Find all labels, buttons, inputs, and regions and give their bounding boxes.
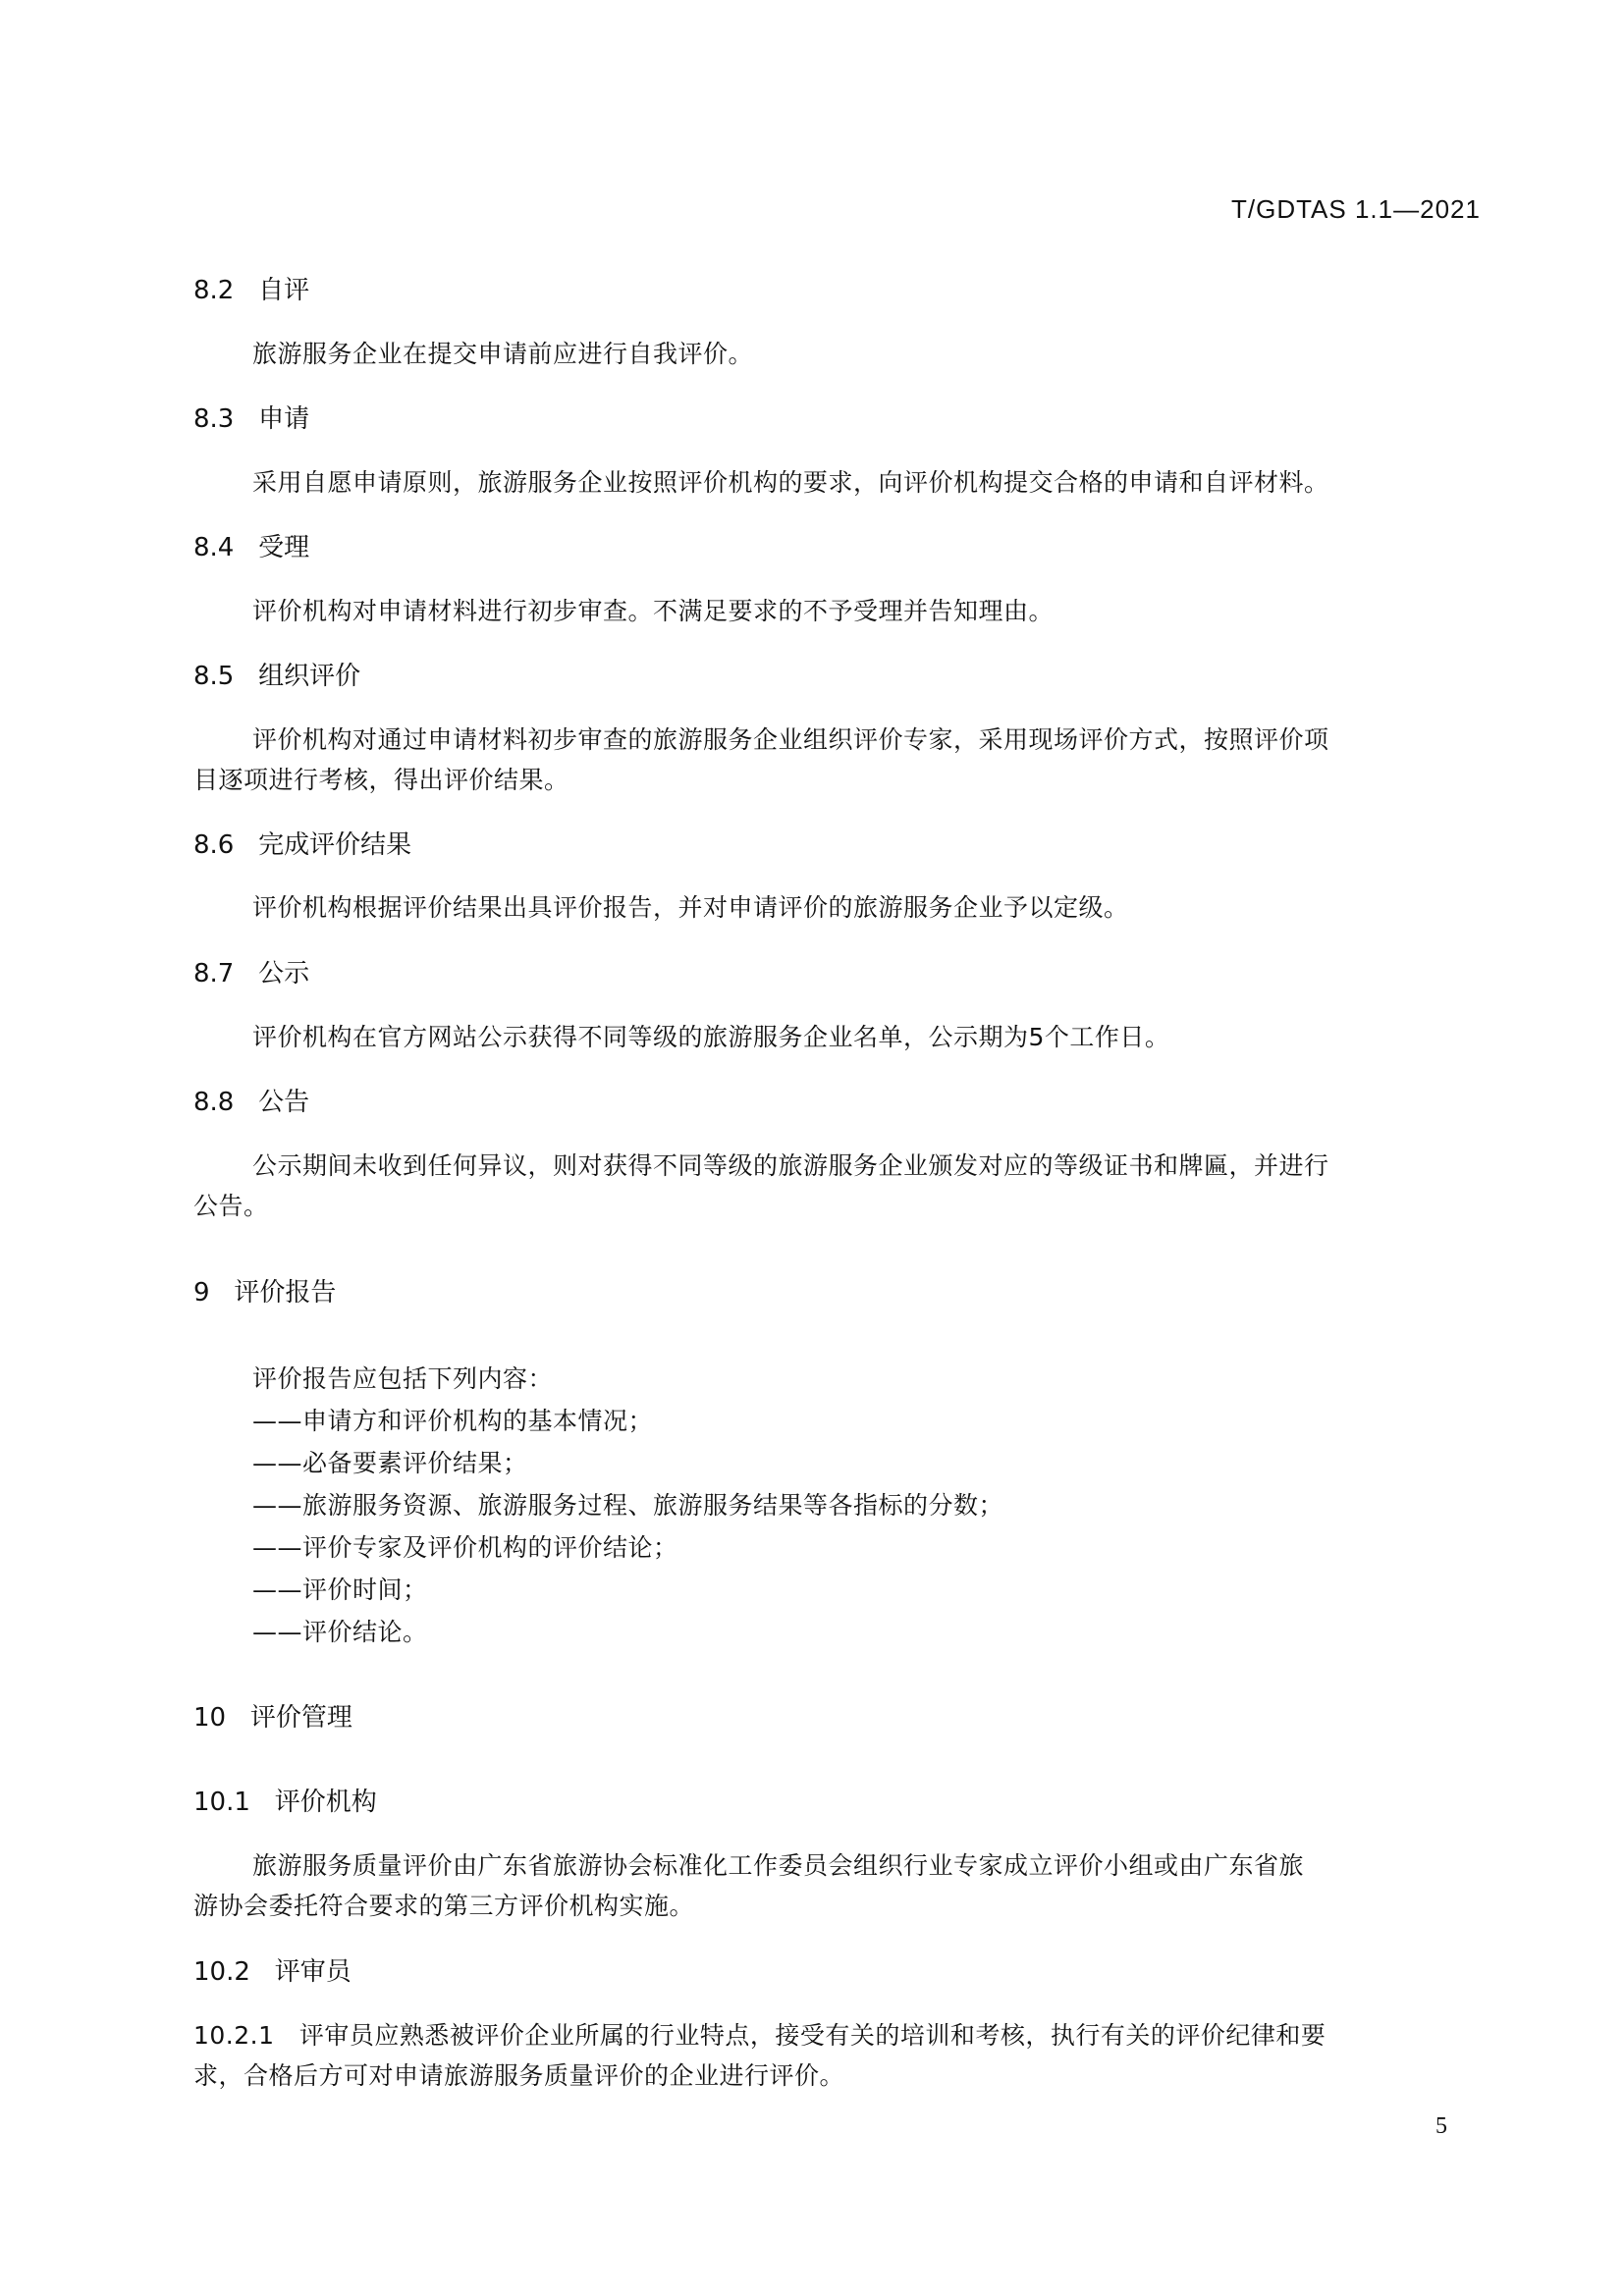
section-title: 完成评价结果 (258, 830, 411, 860)
section-number: 8.7 (193, 959, 234, 988)
section-heading-10: 10 评价管理 (193, 1697, 352, 1734)
document-code: T/GDTAS 1.1—2021 (1231, 194, 1481, 225)
section-heading-8-4: 8.4 受理 (193, 527, 309, 563)
list-item: ——旅游服务资源、旅游服务过程、旅游服务结果等各指标的分数； (252, 1486, 1003, 1522)
list-item: ——必备要素评价结果； (252, 1444, 528, 1479)
paragraph: 评价机构对申请材料进行初步审查。不满足要求的不予受理并告知理由。 (252, 592, 1054, 627)
paragraph-continuation: 游协会委托符合要求的第三方评价机构实施。 (193, 1887, 694, 1922)
section-number: 8.5 (193, 662, 234, 691)
paragraph: 公示期间未收到任何异议，则对获得不同等级的旅游服务企业颁发对应的等级证书和牌匾，… (252, 1147, 1329, 1182)
paragraph: 采用自愿申请原则，旅游服务企业按照评价机构的要求，向评价机构提交合格的申请和自评… (252, 463, 1329, 499)
paragraph: 评价机构在官方网站公示获得不同等级的旅游服务企业名单，公示期为5个工作日。 (252, 1018, 1169, 1053)
section-title: 评价机构 (275, 1788, 377, 1817)
list-item: ——评价结论。 (252, 1613, 428, 1648)
paragraph: 旅游服务质量评价由广东省旅游协会标准化工作委员会组织行业专家成立评价小组或由广东… (252, 1846, 1304, 1882)
section-heading-8-7: 8.7 公示 (193, 953, 309, 989)
section-title: 自评 (258, 276, 309, 305)
section-number: 8.2 (193, 276, 234, 305)
section-heading-8-6: 8.6 完成评价结果 (193, 825, 411, 861)
section-heading-8-3: 8.3 申请 (193, 399, 309, 435)
section-number: 10.2 (193, 1957, 250, 1987)
section-number: 8.6 (193, 830, 234, 860)
section-number: 9 (193, 1278, 210, 1308)
section-number: 10 (193, 1703, 226, 1733)
section-title: 公示 (258, 959, 309, 988)
paragraph: 评价机构根据评价结果出具评价报告，并对申请评价的旅游服务企业予以定级。 (252, 888, 1129, 924)
page-number: 5 (1435, 2113, 1447, 2140)
section-title: 申请 (258, 404, 309, 434)
section-heading-8-5: 8.5 组织评价 (193, 656, 360, 692)
section-number: 10.1 (193, 1788, 250, 1817)
section-title: 组织评价 (258, 662, 360, 691)
section-title: 评审员 (275, 1957, 352, 1987)
section-heading-8-2: 8.2 自评 (193, 270, 309, 306)
section-heading-9: 9 评价报告 (193, 1272, 336, 1308)
section-title: 评价报告 (234, 1278, 336, 1308)
section-title: 受理 (258, 533, 309, 562)
paragraph-continuation: 目逐项进行考核，得出评价结果。 (193, 761, 569, 796)
section-number: 8.4 (193, 533, 234, 562)
section-number: 8.8 (193, 1088, 234, 1117)
section-title: 公告 (258, 1088, 309, 1117)
paragraph-continuation: 公告。 (193, 1187, 269, 1222)
paragraph: 评价机构对通过申请材料初步审查的旅游服务企业组织评价专家，采用现场评价方式，按照… (252, 721, 1329, 756)
paragraph-continuation: 求，合格后方可对申请旅游服务质量评价的企业进行评价。 (193, 2056, 844, 2092)
list-item: ——评价专家及评价机构的评价结论； (252, 1528, 678, 1564)
paragraph: 旅游服务企业在提交申请前应进行自我评价。 (252, 335, 753, 370)
clause-text: 评审员应熟悉被评价企业所属的行业特点，接受有关的培训和考核，执行有关的评价纪律和… (299, 2021, 1326, 2050)
section-title: 评价管理 (250, 1703, 352, 1733)
section-heading-8-8: 8.8 公告 (193, 1082, 309, 1118)
clause-10-2-1: 10.2.1 评审员应熟悉被评价企业所属的行业特点，接受有关的培训和考核，执行有… (193, 2016, 1326, 2052)
section-number: 8.3 (193, 404, 234, 434)
section-heading-10-1: 10.1 评价机构 (193, 1782, 377, 1818)
section-heading-10-2: 10.2 评审员 (193, 1951, 352, 1988)
list-item: ——评价时间； (252, 1571, 428, 1606)
list-item: ——申请方和评价机构的基本情况； (252, 1402, 653, 1437)
paragraph: 评价报告应包括下列内容： (252, 1360, 553, 1395)
clause-number: 10.2.1 (193, 2021, 275, 2050)
